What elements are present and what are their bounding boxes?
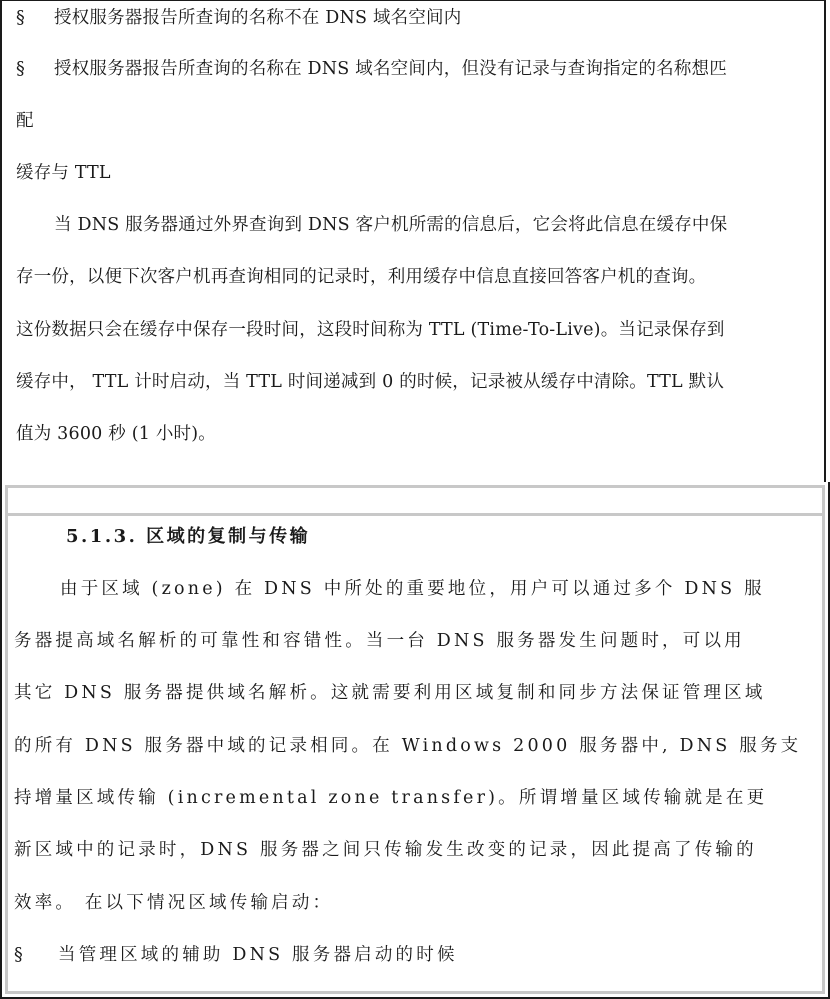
paragraph-line: 值为 3600 秒 (1 小时)。 — [16, 422, 216, 446]
paragraph-line: 由于区域 (zone) 在 DNS 中所处的重要地位，用户可以通过多个 DNS … — [60, 577, 765, 601]
paragraph-line: 持增量区域传输 (incremental zone transfer)。所谓增量… — [14, 786, 767, 810]
paragraph-line: 存一份，以便下次客户机再查询相同的记录时，利用缓存中信息直接回答客户机的查询。 — [16, 265, 706, 289]
paragraph-line: 新区域中的记录时，DNS 服务器之间只传输发生改变的记录，因此提高了传输的 — [14, 838, 757, 862]
subheading-cache-ttl: 缓存与 TTL — [16, 161, 111, 185]
top-text-block: §授权服务器报告所查询的名称不在 DNS 域名空间内 §授权服务器报告所查询的名… — [0, 0, 826, 482]
section-sign-icon: § — [16, 6, 54, 30]
bullet-line-1: §授权服务器报告所查询的名称不在 DNS 域名空间内 — [16, 6, 461, 30]
paragraph-line: 其它 DNS 服务器提供域名解析。这就需要利用区域复制和同步方法保证管理区域 — [14, 681, 766, 705]
section-sign-icon: § — [14, 943, 58, 967]
paragraph-line: 当 DNS 服务器通过外界查询到 DNS 客户机所需的信息后，它会将此信息在缓存… — [54, 213, 727, 237]
bullet-line-2: §授权服务器报告所查询的名称在 DNS 域名空间内，但没有记录与查询指定的名称想… — [16, 57, 727, 81]
paragraph-line: 务器提高域名解析的可靠性和容错性。当一台 DNS 服务器发生问题时，可以用 — [14, 629, 745, 653]
section-sign-icon: § — [16, 57, 54, 81]
bullet-line: §当管理区域的辅助 DNS 服务器启动的时候 — [14, 943, 458, 967]
empty-table-row — [8, 488, 822, 516]
document-page: §授权服务器报告所查询的名称不在 DNS 域名空间内 §授权服务器报告所查询的名… — [0, 0, 830, 999]
paragraph-line: 这份数据只会在缓存中保存一段时间，这段时间称为 TTL (Time-To-Liv… — [16, 318, 725, 342]
continuation-line: 配 — [16, 109, 34, 133]
bullet-text: 当管理区域的辅助 DNS 服务器启动的时候 — [58, 945, 458, 965]
section-heading: 5.1.3. 区域的复制与传输 — [66, 525, 310, 549]
paragraph-line: 的所有 DNS 服务器中域的记录相同。在 Windows 2000 服务器中, … — [14, 734, 801, 758]
bullet-text: 授权服务器报告所查询的名称不在 DNS 域名空间内 — [54, 8, 461, 28]
paragraph-line: 效率。 在以下情况区域传输启动： — [14, 891, 333, 915]
paragraph-line: 缓存中， TTL 计时启动，当 TTL 时间递减到 0 的时候，记录被从缓存中清… — [16, 370, 724, 394]
bullet-text: 授权服务器报告所查询的名称在 DNS 域名空间内，但没有记录与查询指定的名称想匹 — [54, 59, 727, 79]
